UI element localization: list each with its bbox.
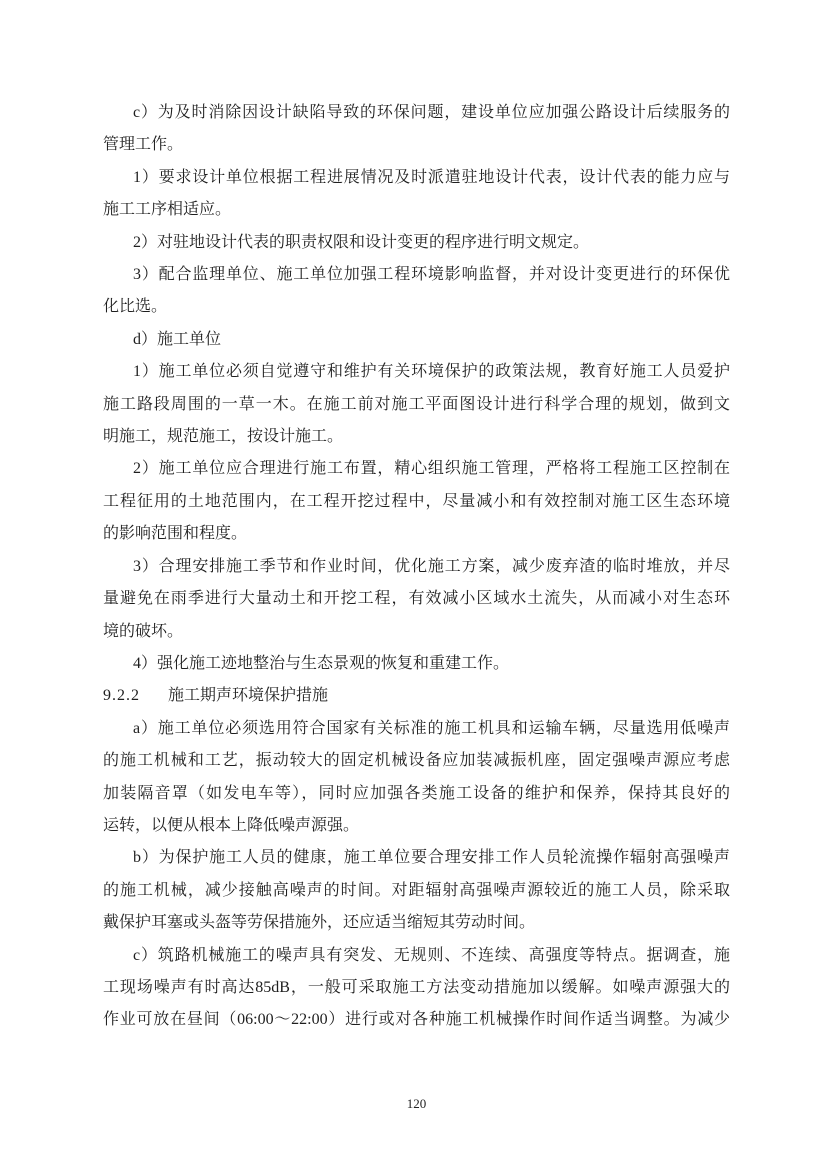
document-body: c）为及时消除因设计缺陷导致的环保问题，建设单位应加强公路设计后续服务的 管理工… (103, 97, 730, 1037)
section-number: 9.2.2 (103, 687, 140, 704)
text-line: 的施工机械和工艺，振动较大的固定机械设备应加装减振机座，固定强噪声源应考虑 (103, 745, 730, 777)
text-line: 境的破坏。 (103, 616, 730, 648)
text-line: 1）要求设计单位根据工程进展情况及时派遣驻地设计代表，设计代表的能力应与 (103, 162, 730, 194)
paragraph: b）为保护施工人员的健康，施工单位要合理安排工作人员轮流操作辐射高强噪声 的施工… (103, 842, 730, 939)
paragraph: 3）合理安排施工季节和作业时间，优化施工方案，减少废弃渣的临时堆放，并尽 量避免… (103, 551, 730, 648)
text-line: 工程征用的土地范围内，在工程开挖过程中，尽量减小和有效控制对施工区生态环境 (103, 486, 730, 518)
text-line: 明施工，规范施工，按设计施工。 (103, 421, 730, 453)
paragraph: 4）强化施工迹地整治与生态景观的恢复和重建工作。 (103, 648, 730, 680)
paragraph: 1）施工单位必须自觉遵守和维护有关环境保护的政策法规，教育好施工人员爱护 施工路… (103, 356, 730, 453)
paragraph: 2）施工单位应合理进行施工布置，精心组织施工管理，严格将工程施工区控制在 工程征… (103, 453, 730, 550)
text-line: 的影响范围和程度。 (103, 518, 730, 550)
text-line: c）为及时消除因设计缺陷导致的环保问题，建设单位应加强公路设计后续服务的 (103, 97, 730, 129)
paragraph: d）施工单位 (103, 324, 730, 356)
text-line: 施工路段周围的一草一木。在施工前对施工平面图设计进行科学合理的规划，做到文 (103, 389, 730, 421)
text-line: 3）合理安排施工季节和作业时间，优化施工方案，减少废弃渣的临时堆放，并尽 (103, 551, 730, 583)
text-line: 4）强化施工迹地整治与生态景观的恢复和重建工作。 (103, 648, 730, 680)
text-line: d）施工单位 (103, 324, 730, 356)
paragraph: 3）配合监理单位、施工单位加强工程环境影响监督，并对设计变更进行的环保优 化比选… (103, 259, 730, 324)
text-line: 加装隔音罩（如发电车等），同时应加强各类施工设备的维护和保养，保持其良好的 (103, 778, 730, 810)
text-line: 作业可放在昼间（06:00～22:00）进行或对各种施工机械操作时间作适当调整。… (103, 1004, 730, 1036)
text-line: 3）配合监理单位、施工单位加强工程环境影响监督，并对设计变更进行的环保优 (103, 259, 730, 291)
text-line: c）筑路机械施工的噪声具有突发、无规则、不连续、高强度等特点。据调查，施 (103, 940, 730, 972)
paragraph: a）施工单位必须选用符合国家有关标准的施工机具和运输车辆，尽量选用低噪声 的施工… (103, 713, 730, 843)
text-line: 施工工序相适应。 (103, 194, 730, 226)
text-line: 量避免在雨季进行大量动土和开挖工程，有效减小区域水土流失，从而减小对生态环 (103, 583, 730, 615)
text-line: 戴保护耳塞或头盔等劳保措施外，还应适当缩短其劳动时间。 (103, 907, 730, 939)
text-line: 2）对驻地设计代表的职责权限和设计变更的程序进行明文规定。 (103, 227, 730, 259)
page-number: 120 (407, 1096, 427, 1111)
text-line: 工现场噪声有时高达85dB，一般可采取施工方法变动措施加以缓解。如噪声源强大的 (103, 972, 730, 1004)
section-title: 施工期声环境保护措施 (168, 687, 328, 704)
text-line: 运转，以便从根本上降低噪声源强。 (103, 810, 730, 842)
text-line: 1）施工单位必须自觉遵守和维护有关环境保护的政策法规，教育好施工人员爱护 (103, 356, 730, 388)
paragraph: 2）对驻地设计代表的职责权限和设计变更的程序进行明文规定。 (103, 227, 730, 259)
text-line: 的施工机械，减少接触高噪声的时间。对距辐射高强噪声源较近的施工人员，除采取 (103, 875, 730, 907)
paragraph: 1）要求设计单位根据工程进展情况及时派遣驻地设计代表，设计代表的能力应与 施工工… (103, 162, 730, 227)
section-heading: 9.2.2施工期声环境保护措施 (103, 680, 730, 712)
paragraph: c）筑路机械施工的噪声具有突发、无规则、不连续、高强度等特点。据调查，施 工现场… (103, 940, 730, 1037)
text-line: 化比选。 (103, 291, 730, 323)
text-line: 管理工作。 (103, 129, 730, 161)
text-line: a）施工单位必须选用符合国家有关标准的施工机具和运输车辆，尽量选用低噪声 (103, 713, 730, 745)
text-line: b）为保护施工人员的健康，施工单位要合理安排工作人员轮流操作辐射高强噪声 (103, 842, 730, 874)
text-line: 2）施工单位应合理进行施工布置，精心组织施工管理，严格将工程施工区控制在 (103, 453, 730, 485)
paragraph: c）为及时消除因设计缺陷导致的环保问题，建设单位应加强公路设计后续服务的 管理工… (103, 97, 730, 162)
page-footer: 120 (103, 1096, 730, 1112)
